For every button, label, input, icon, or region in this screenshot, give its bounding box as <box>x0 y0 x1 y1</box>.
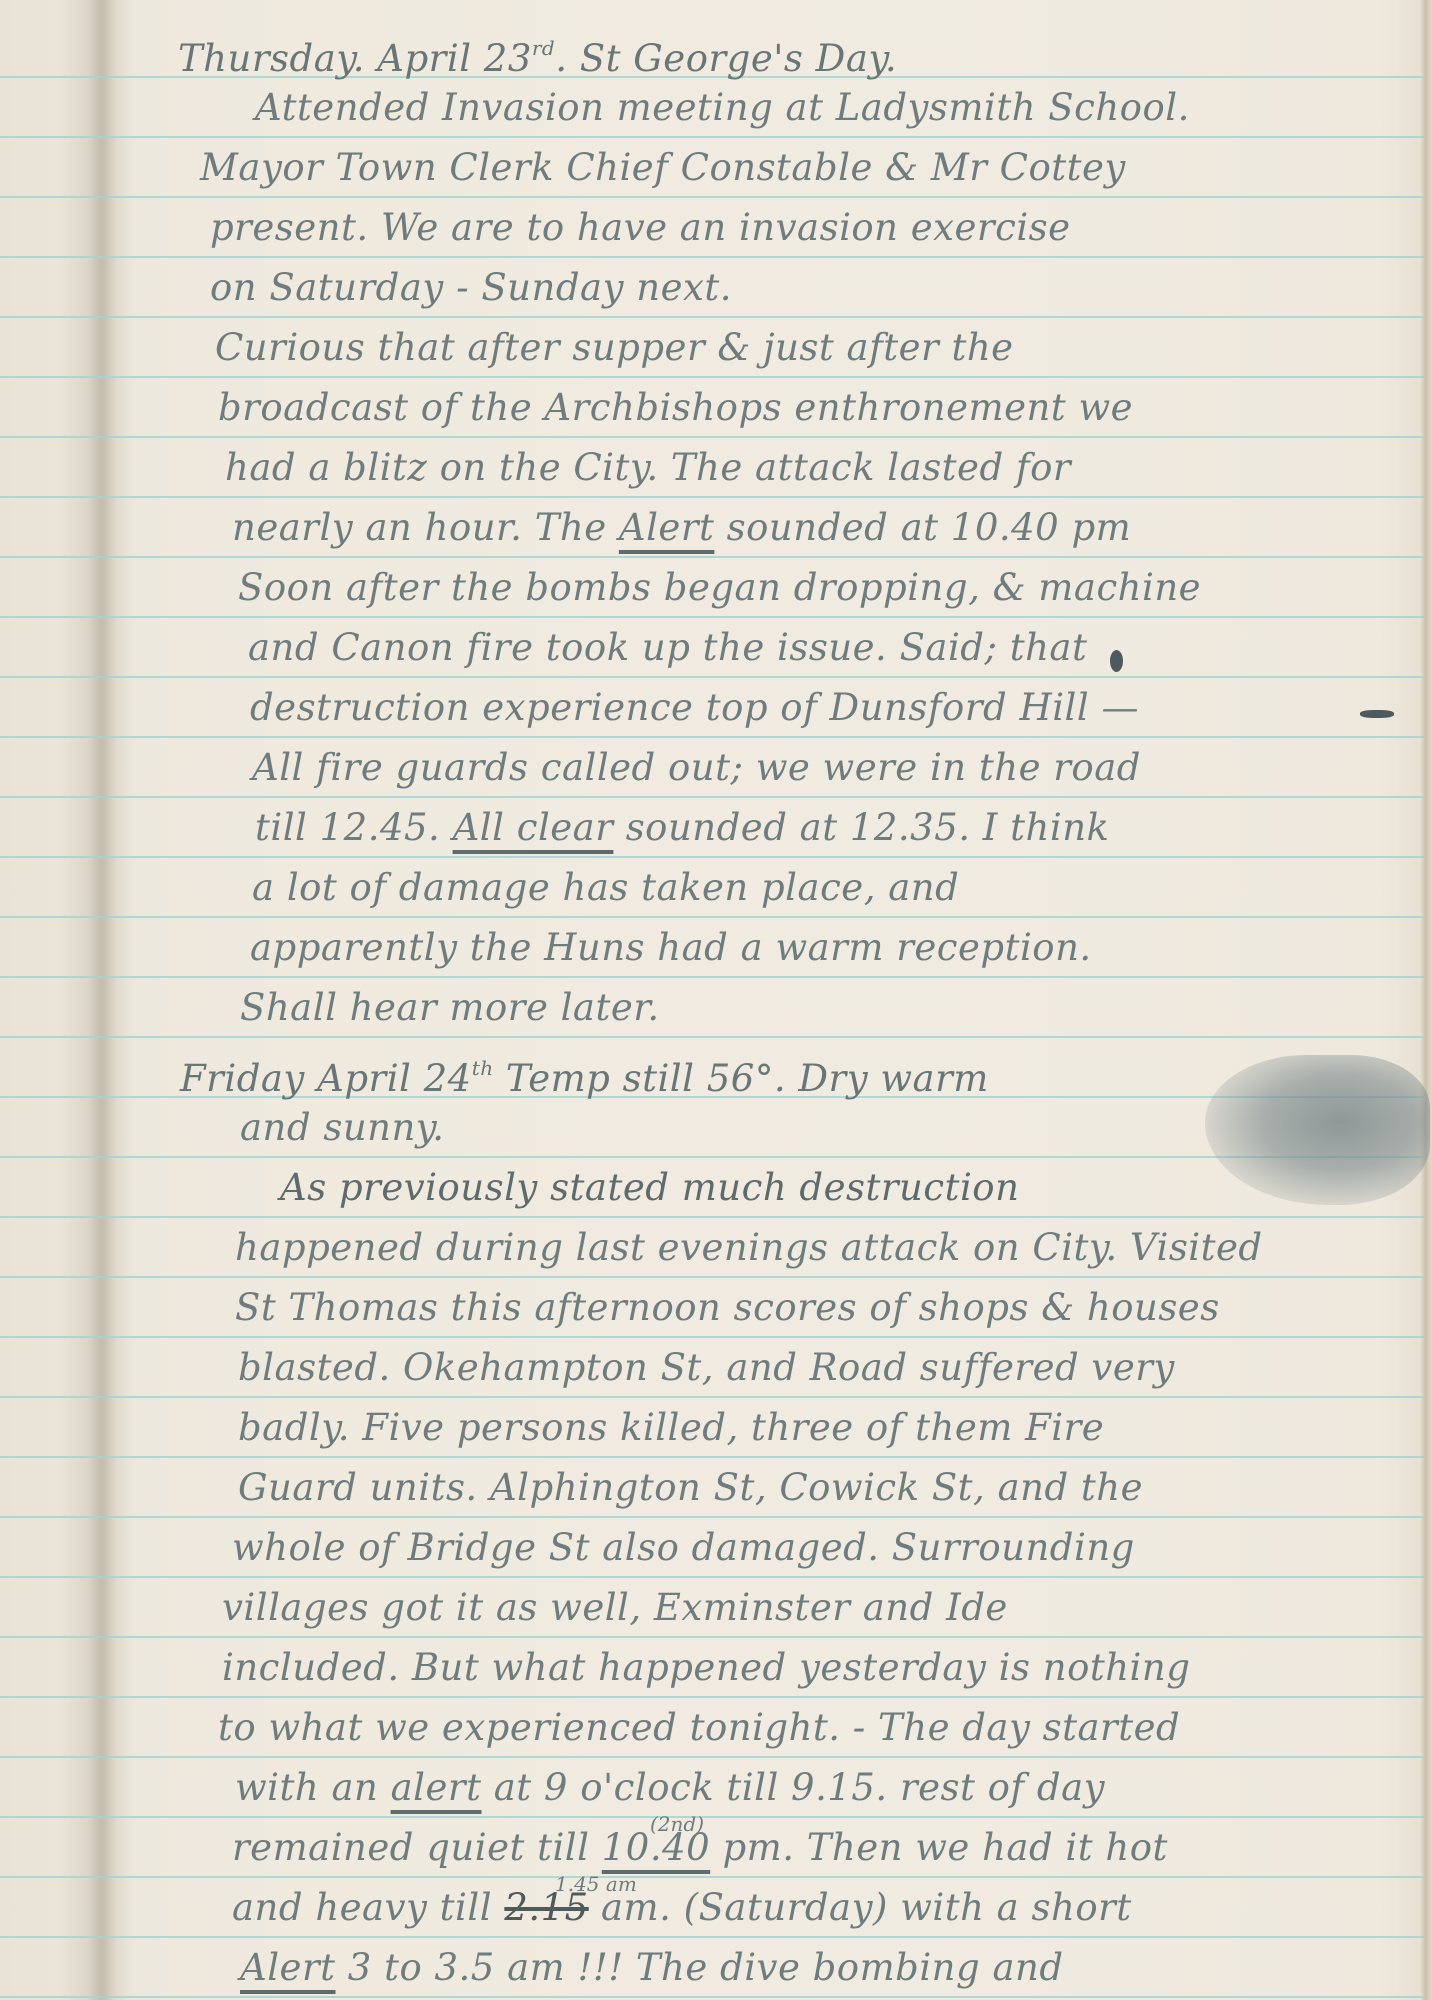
underlined-word: Alert <box>619 506 715 549</box>
diary-line: to what we experienced tonight. - The da… <box>218 1698 1180 1758</box>
diary-line: nearly an hour. The Alert sounded at 10.… <box>232 498 1131 558</box>
diary-line: on Saturday - Sunday next. <box>210 258 732 318</box>
diary-line: and sunny. <box>240 1098 445 1158</box>
diary-line: villages got it as well, Exminster and I… <box>222 1578 1008 1638</box>
diary-line: broadcast of the Archbishops enthronemen… <box>218 378 1133 438</box>
diary-line: Shall hear more later. <box>240 978 660 1038</box>
book-gutter-shadow <box>88 0 118 2000</box>
diary-line: Alert 3 to 3.5 am !!! The dive bombing a… <box>240 1938 1064 1998</box>
margin-annotation: (2nd) <box>650 1812 704 1836</box>
diary-line: All fire guards called out; we were in t… <box>252 738 1141 798</box>
diary-line: present. We are to have an invasion exer… <box>210 198 1071 258</box>
ink-drop <box>1110 650 1123 672</box>
diary-line: included. But what happened yesterday is… <box>222 1638 1190 1698</box>
underlined-word: All clear <box>453 806 614 849</box>
diary-line: till 12.45. All clear sounded at 12.35. … <box>255 798 1109 858</box>
entry-heading-friday: Friday April 24th Temp still 56°. Dry wa… <box>180 1038 989 1098</box>
correction-annotation: 1.45 am <box>555 1872 637 1896</box>
ink-stain <box>1205 1055 1430 1205</box>
diary-line: St Thomas this afternoon scores of shops… <box>235 1278 1220 1338</box>
underlined-word: alert <box>391 1766 482 1809</box>
diary-line: Attended Invasion meeting at Ladysmith S… <box>255 78 1190 138</box>
diary-line: Soon after the bombs began dropping, & m… <box>238 558 1201 618</box>
diary-line: had a blitz on the City. The attack last… <box>225 438 1071 498</box>
diary-line: and Canon fire took up the issue. Said; … <box>248 618 1087 678</box>
diary-line: Guard units. Alphington St, Cowick St, a… <box>238 1458 1143 1518</box>
diary-line: apparently the Huns had a warm reception… <box>250 918 1092 978</box>
diary-line: and heavy till 2.15 am. (Saturday) with … <box>232 1878 1132 1938</box>
diary-line: Curious that after supper & just after t… <box>215 318 1014 378</box>
diary-line: Mayor Town Clerk Chief Constable & Mr Co… <box>200 138 1126 198</box>
diary-line: a lot of damage has taken place, and <box>252 858 959 918</box>
diary-line: badly. Five persons killed, three of the… <box>238 1398 1104 1458</box>
diary-page: Thursday. April 23rd. St George's Day. A… <box>0 0 1432 2000</box>
diary-line: happened during last evenings attack on … <box>235 1218 1263 1278</box>
entry-heading-thursday: Thursday. April 23rd. St George's Day. <box>178 18 897 78</box>
ink-dash <box>1360 710 1394 718</box>
diary-line: with an alert at 9 o'clock till 9.15. re… <box>235 1758 1105 1818</box>
underlined-word: Alert <box>240 1946 336 1989</box>
diary-line: As previously stated much destruction <box>280 1158 1019 1218</box>
diary-line: blasted. Okehampton St, and Road suffere… <box>238 1338 1175 1398</box>
diary-line: destruction experience top of Dunsford H… <box>250 678 1139 738</box>
diary-line: whole of Bridge St also damaged. Surroun… <box>232 1518 1135 1578</box>
